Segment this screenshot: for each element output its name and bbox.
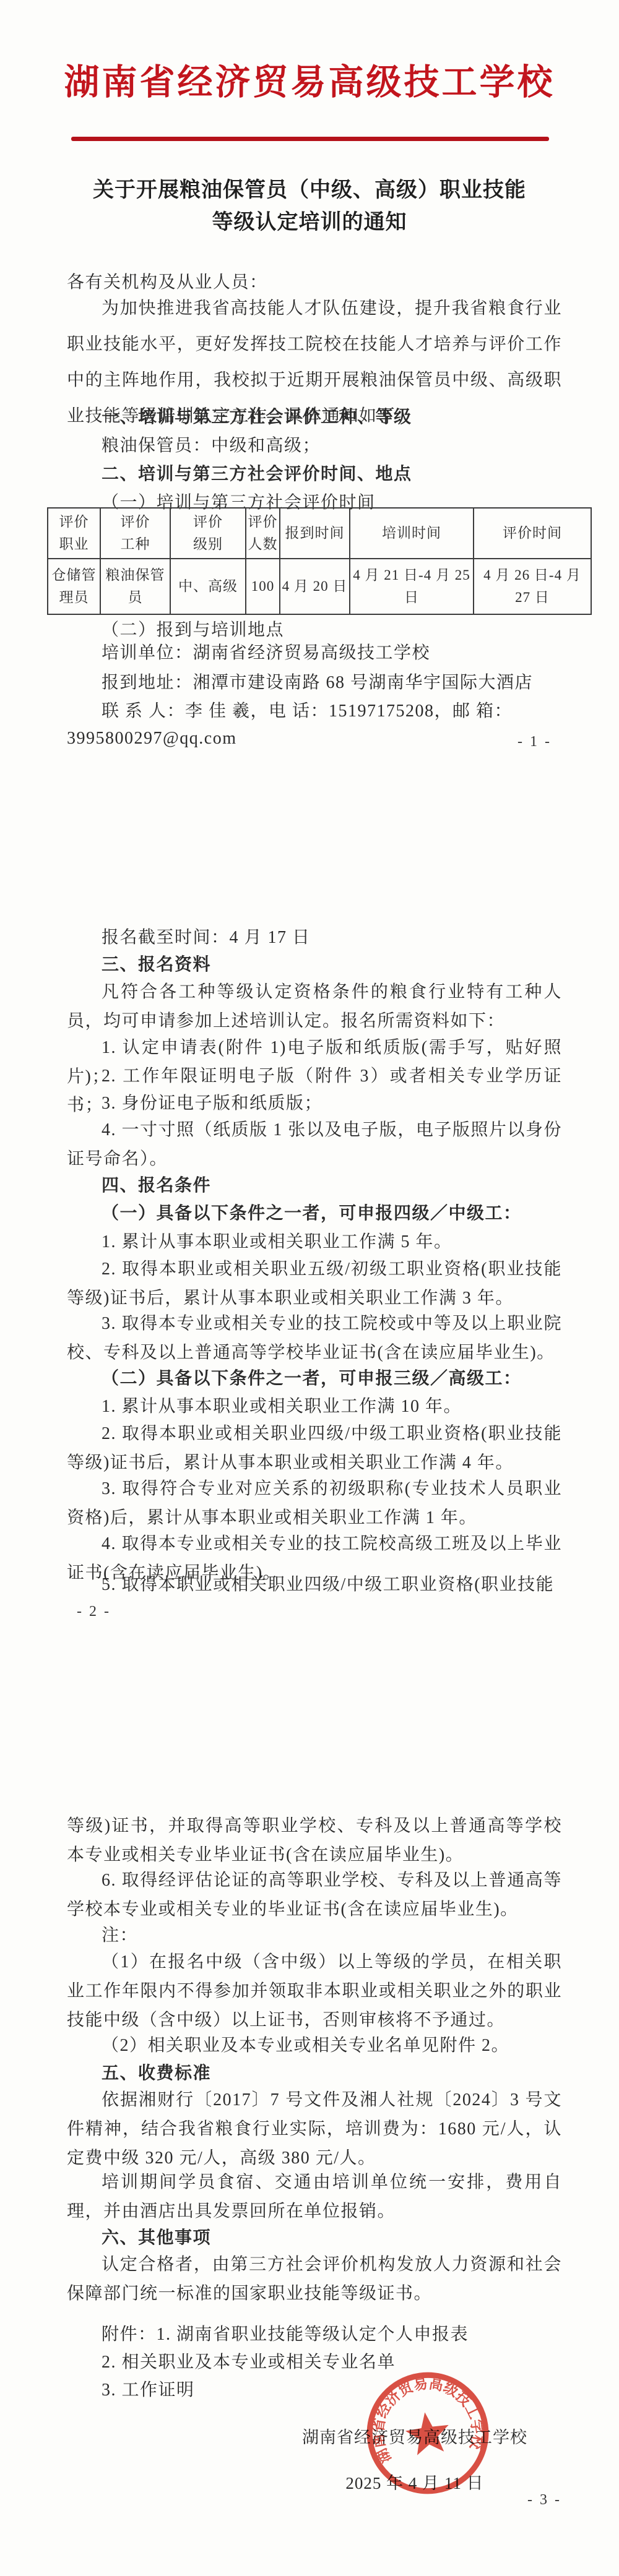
section-5-heading: 五、收费标准: [67, 2059, 562, 2088]
cell-training-time: 4 月 21 日-4 月 25 日: [350, 559, 474, 614]
cond-high-item-3: 3. 取得符合专业对应关系的初级职称(专业技术人员职业资格)后，累计从事本职业或…: [67, 1474, 562, 1532]
table-header-row: 评价 职业 评价 工种 评价 级别 评价 人数 报到时间 培训时间 评价时间: [48, 508, 591, 559]
contact-line: 联 系 人：李 佳 羲，电 话：15197175208，邮 箱：: [67, 697, 562, 726]
page-number-3: - 3 -: [527, 2492, 561, 2509]
lodging-paragraph: 培训期间学员食宿、交通由培训单位统一安排，费用自理，并由酒店出具发票回所在单位报…: [67, 2168, 562, 2226]
note-item-1: （1）在报名中级（含中级）以上等级的学员，在相关职业工作年限内不得参加并领取非本…: [67, 1947, 562, 2035]
cond-mid-item-2: 2. 取得本职业或相关职业五级/初级工职业资格(职业技能等级)证书后，累计从事本…: [67, 1255, 562, 1313]
cell-checkin-time: 4 月 20 日: [280, 559, 350, 614]
cond-mid-item-3: 3. 取得本专业或相关专业的技工院校或中等及以上职业院校、专科及以上普通高等学校…: [67, 1309, 562, 1367]
document-title-line1: 关于开展粮油保管员（中级、高级）职业技能: [0, 178, 619, 204]
checkin-address-line: 报到地址：湘潭市建设南路 68 号湖南华宇国际大酒店: [67, 668, 562, 697]
letterhead-school-name: 湖南省经济贸易高级技工学校: [0, 54, 619, 111]
col-header-count: 评价 人数: [246, 508, 280, 559]
col-header-checkin-time: 报到时间: [280, 508, 350, 559]
table-row: 仓储管 理员 粮油保管员 中、高级 100 4 月 20 日 4 月 21 日-…: [48, 559, 591, 614]
certificate-paragraph: 认定合格者，由第三方社会评价机构发放人力资源和社会保障部门统一标准的国家职业技能…: [67, 2250, 562, 2308]
attachment-item-3: 3. 工作证明: [67, 2376, 562, 2405]
official-red-stamp: 湖南省经济贸易高级技工学校: [356, 2361, 500, 2505]
scanned-notice-document: 湖南省经济贸易高级技工学校 关于开展粮油保管员（中级、高级）职业技能 等级认定培…: [0, 0, 619, 2576]
cond-high-item-1: 1. 累计从事本职业或相关职业工作满 10 年。: [67, 1392, 562, 1421]
section-4-heading: 四、报名条件: [67, 1171, 562, 1200]
page-number-2: - 2 -: [77, 1604, 111, 1620]
col-header-occupation: 评价 职业: [48, 508, 100, 559]
cell-count: 100: [246, 559, 280, 614]
document-title-line2: 等级认定培训的通知: [0, 210, 619, 236]
section-3-heading: 三、报名资料: [67, 950, 562, 979]
contact-email: 3995800297@qq.com: [67, 724, 562, 753]
schedule-table: 评价 职业 评价 工种 评价 级别 评价 人数 报到时间 培训时间 评价时间 仓…: [47, 507, 592, 615]
stamp-star-icon: [403, 2409, 452, 2456]
cond-high-item-6: 6. 取得经评估论证的高等职业学校、专科及以上普通高等学校本专业或相关专业的毕业…: [67, 1866, 562, 1924]
cond-high-item-5-cont: 等级)证书，并取得高等职业学校、专科及以上普通高等学校本专业或相关专业毕业证书(…: [67, 1811, 562, 1870]
material-item-4: 4. 一寸寸照（纸质版 1 张以及电子版，电子版照片以身份证号命名）。: [67, 1115, 562, 1174]
cell-level: 中、高级: [170, 559, 246, 614]
cell-eval-time: 4 月 26 日-4 月 27 日: [474, 559, 591, 614]
attachment-item-2: 2. 相关职业及本专业或相关专业名单: [67, 2348, 562, 2377]
note-heading: 注：: [67, 1921, 562, 1950]
section-6-heading: 六、其他事项: [67, 2223, 562, 2252]
attachment-item-1: 附件：1. 湖南省职业技能等级认定个人申报表: [67, 2320, 562, 2349]
cond-high-item-5-part: 5. 取得本职业或相关职业四级/中级工职业资格(职业技能: [67, 1570, 562, 1599]
col-header-trade: 评价 工种: [100, 508, 170, 559]
col-header-level: 评价 级别: [170, 508, 246, 559]
deadline-line: 报名截至时间：4 月 17 日: [67, 923, 562, 952]
cond-high-heading: （二）具备以下条件之一者，可申报三级／高级工：: [67, 1364, 562, 1393]
letterhead-divider: [71, 137, 549, 141]
col-header-training-time: 培训时间: [350, 508, 474, 559]
page-number-1: - 1 -: [517, 734, 552, 750]
materials-intro: 凡符合各工种等级认定资格条件的粮食行业特有工种人员，均可申请参加上述培训认定。报…: [67, 977, 562, 1036]
cond-mid-item-1: 1. 累计从事本职业或相关职业工作满 5 年。: [67, 1227, 562, 1256]
cell-trade: 粮油保管员: [100, 559, 170, 614]
material-item-3: 3. 身份证电子版和纸质版；: [67, 1089, 562, 1118]
cond-high-item-2: 2. 取得本职业或相关职业四级/中级工职业资格(职业技能等级)证书后，累计从事本…: [67, 1419, 562, 1477]
fee-paragraph: 依据湘财行〔2017〕7 号文件及湘人社规〔2024〕3 号文件精神，结合我省粮…: [67, 2085, 562, 2173]
training-unit-line: 培训单位：湖南省经济贸易高级技工学校: [67, 638, 562, 668]
cond-mid-heading: （一）具备以下条件之一者，可申报四级／中级工：: [67, 1199, 562, 1228]
cell-occupation: 仓储管 理员: [48, 559, 100, 614]
note-item-2: （2）相关职业及本专业或相关专业名单见附件 2。: [67, 2031, 562, 2060]
col-header-eval-time: 评价时间: [474, 508, 591, 559]
